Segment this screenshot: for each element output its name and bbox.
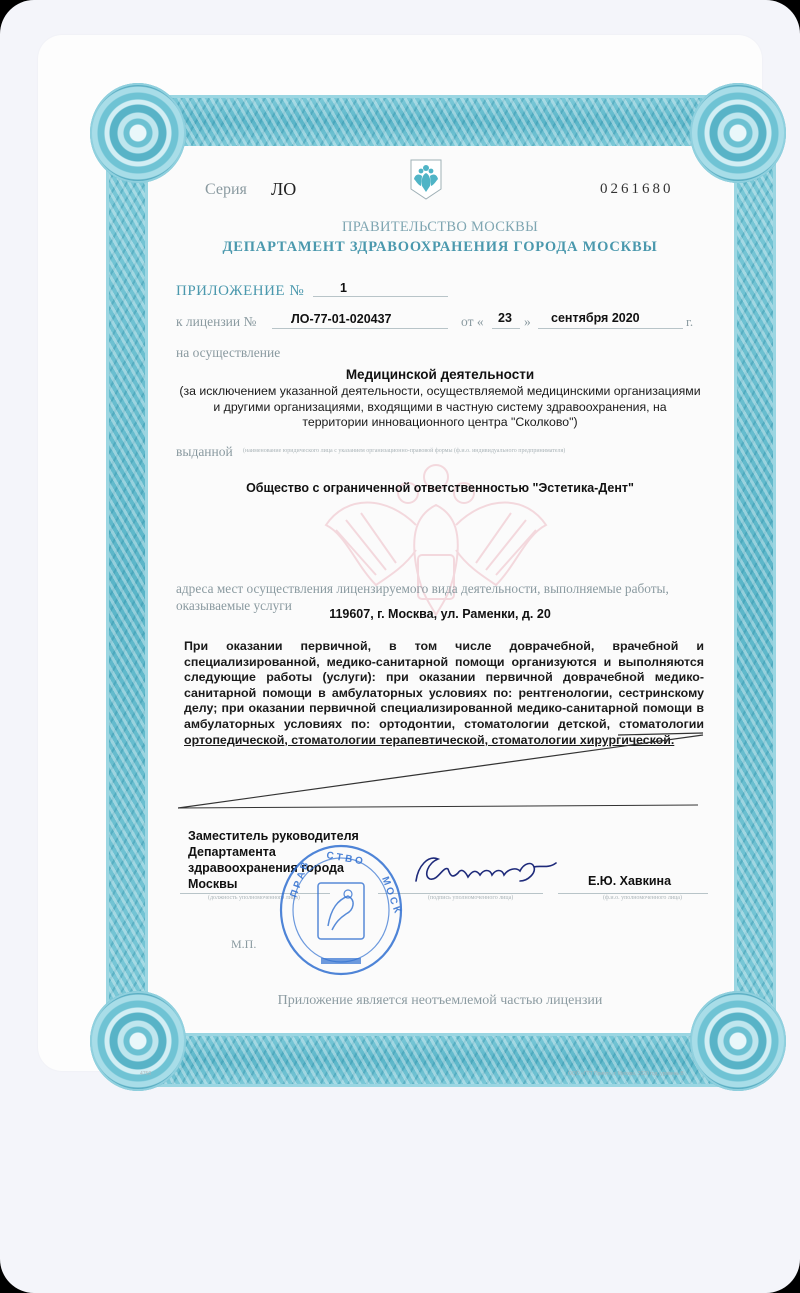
activity-note-line: и другими организациями, входящими в час… <box>148 400 732 416</box>
guilloche-border-right <box>734 143 776 1033</box>
activity-note-line: территории инновационного центра "Сколко… <box>148 415 732 431</box>
date-month-year: сентября 2020 <box>551 311 640 325</box>
series-value: ЛО <box>271 179 296 200</box>
services-text: При оказании первичной, в том числе довр… <box>184 639 704 731</box>
date-day-underline <box>492 328 520 329</box>
appendix-number-underline <box>313 296 448 297</box>
caption-signature: (подпись уполномоченного лица) <box>428 895 513 901</box>
organization-name: Общество с ограниченной ответственностью… <box>148 481 732 495</box>
svg-text:П Р А В: П Р А В <box>288 861 311 899</box>
activity-title: Медицинской деятельности <box>148 367 732 382</box>
stamp-label: М.П. <box>231 937 256 952</box>
activity-label: на осуществление <box>176 345 280 361</box>
rosette-ornament-icon <box>690 83 786 183</box>
caption-name: (ф.и.о. уполномоченного лица) <box>603 895 682 901</box>
issuer-department: ДЕПАРТАМЕНТ ЗДРАВООХРАНЕНИЯ ГОРОДА МОСКВ… <box>148 239 732 256</box>
license-number: ЛО-77-01-020437 <box>291 312 392 326</box>
guilloche-border-left <box>106 143 148 1033</box>
russian-coat-of-arms-icon <box>410 159 442 201</box>
date-from-label: от « <box>461 314 484 330</box>
signer-name: Е.Ю. Хавкина <box>588 874 671 888</box>
activity-note: (за исключением указанной деятельности, … <box>148 384 732 431</box>
screen-background: Серия ЛО 0261680 ПРАВИТЕЛЬСТВО МОСКВЫ ДЕ… <box>0 0 800 1293</box>
svg-text:С Т В О: С Т В О <box>325 850 363 867</box>
rosette-ornament-icon <box>90 83 186 183</box>
date-suffix: г. <box>686 314 693 330</box>
document-card: Серия ЛО 0261680 ПРАВИТЕЛЬСТВО МОСКВЫ ДЕ… <box>38 35 762 1071</box>
address-label-line: адреса мест осуществления лицензируемого… <box>176 580 736 597</box>
date-day: 23 <box>498 311 512 325</box>
print-info: ООО «ГТТ Принт», г. Москва, 2020 год, ур… <box>568 1071 684 1077</box>
official-stamp-icon: П Р А В С Т В О М О С К <box>276 838 406 978</box>
print-code: 4750 <box>140 1071 151 1077</box>
series-label: Серия <box>205 181 247 199</box>
license-number-underline <box>272 328 448 329</box>
date-month-underline <box>538 328 683 329</box>
guilloche-border-bottom <box>148 1033 728 1087</box>
name-underline <box>558 893 708 894</box>
issued-label: выданной <box>176 444 233 460</box>
license-label: к лицензии № <box>176 314 256 330</box>
blank-space-z-lines <box>178 723 708 813</box>
issuer-government: ПРАВИТЕЛЬСТВО МОСКВЫ <box>148 219 732 236</box>
handwritten-signature-icon <box>408 851 578 891</box>
appendix-number: 1 <box>340 281 347 295</box>
address-value: 119607, г. Москва, ул. Раменки, д. 20 <box>148 607 732 621</box>
serial-number: 0261680 <box>600 181 674 198</box>
date-close-quote: » <box>524 314 531 330</box>
appendix-label: ПРИЛОЖЕНИЕ № <box>176 283 304 300</box>
activity-note-line: (за исключением указанной деятельности, … <box>148 384 732 400</box>
license-appendix-document: Серия ЛО 0261680 ПРАВИТЕЛЬСТВО МОСКВЫ ДЕ… <box>88 83 788 1093</box>
guilloche-border-top <box>148 95 728 149</box>
footer-note: Приложение является неотъемлемой частью … <box>148 993 732 1009</box>
issued-caption: (наименование юридического лица с указан… <box>243 448 565 454</box>
